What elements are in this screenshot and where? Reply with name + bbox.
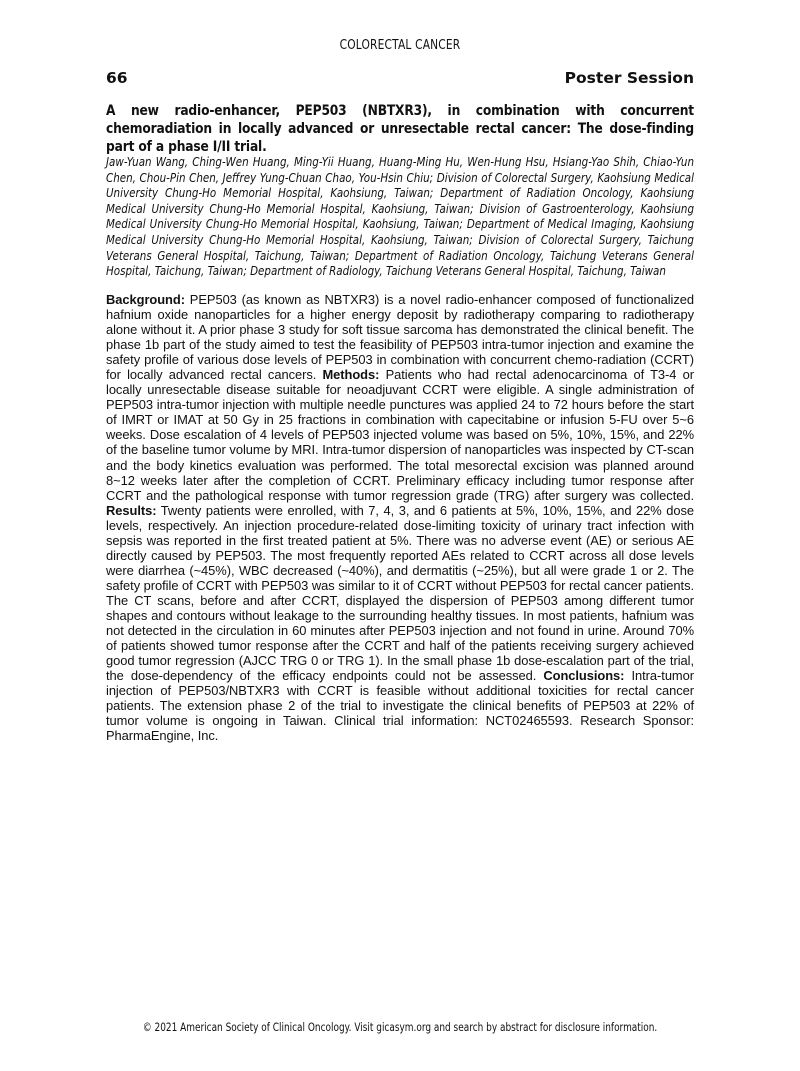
section-header: COLORECTAL CANCER [159,38,641,53]
abstract-meta-row: 66 Poster Session [106,69,694,87]
conclusions-label: Conclusions: [543,668,624,683]
abstract-body: Background: PEP503 (as known as NBTXR3) … [106,292,694,743]
copyright-footer: © 2021 American Society of Clinical Onco… [80,1021,720,1034]
session-type: Poster Session [565,69,694,87]
results-label: Results: [106,503,156,518]
abstract-title-text: A new radio-enhancer, PEP503 (NBTXR3), i… [106,102,694,156]
background-label: Background: [106,292,185,307]
methods-text: Patients who had rectal adenocarcinoma o… [106,367,694,502]
authors-affiliations: Jaw-Yuan Wang, Ching-Wen Huang, Ming-Yii… [106,155,694,280]
abstract-title: A new radio-enhancer, PEP503 (NBTXR3), i… [106,102,694,156]
results-text: Twenty patients were enrolled, with 7, 4… [106,503,694,684]
abstract-number: 66 [106,69,128,87]
methods-label: Methods: [322,367,379,382]
